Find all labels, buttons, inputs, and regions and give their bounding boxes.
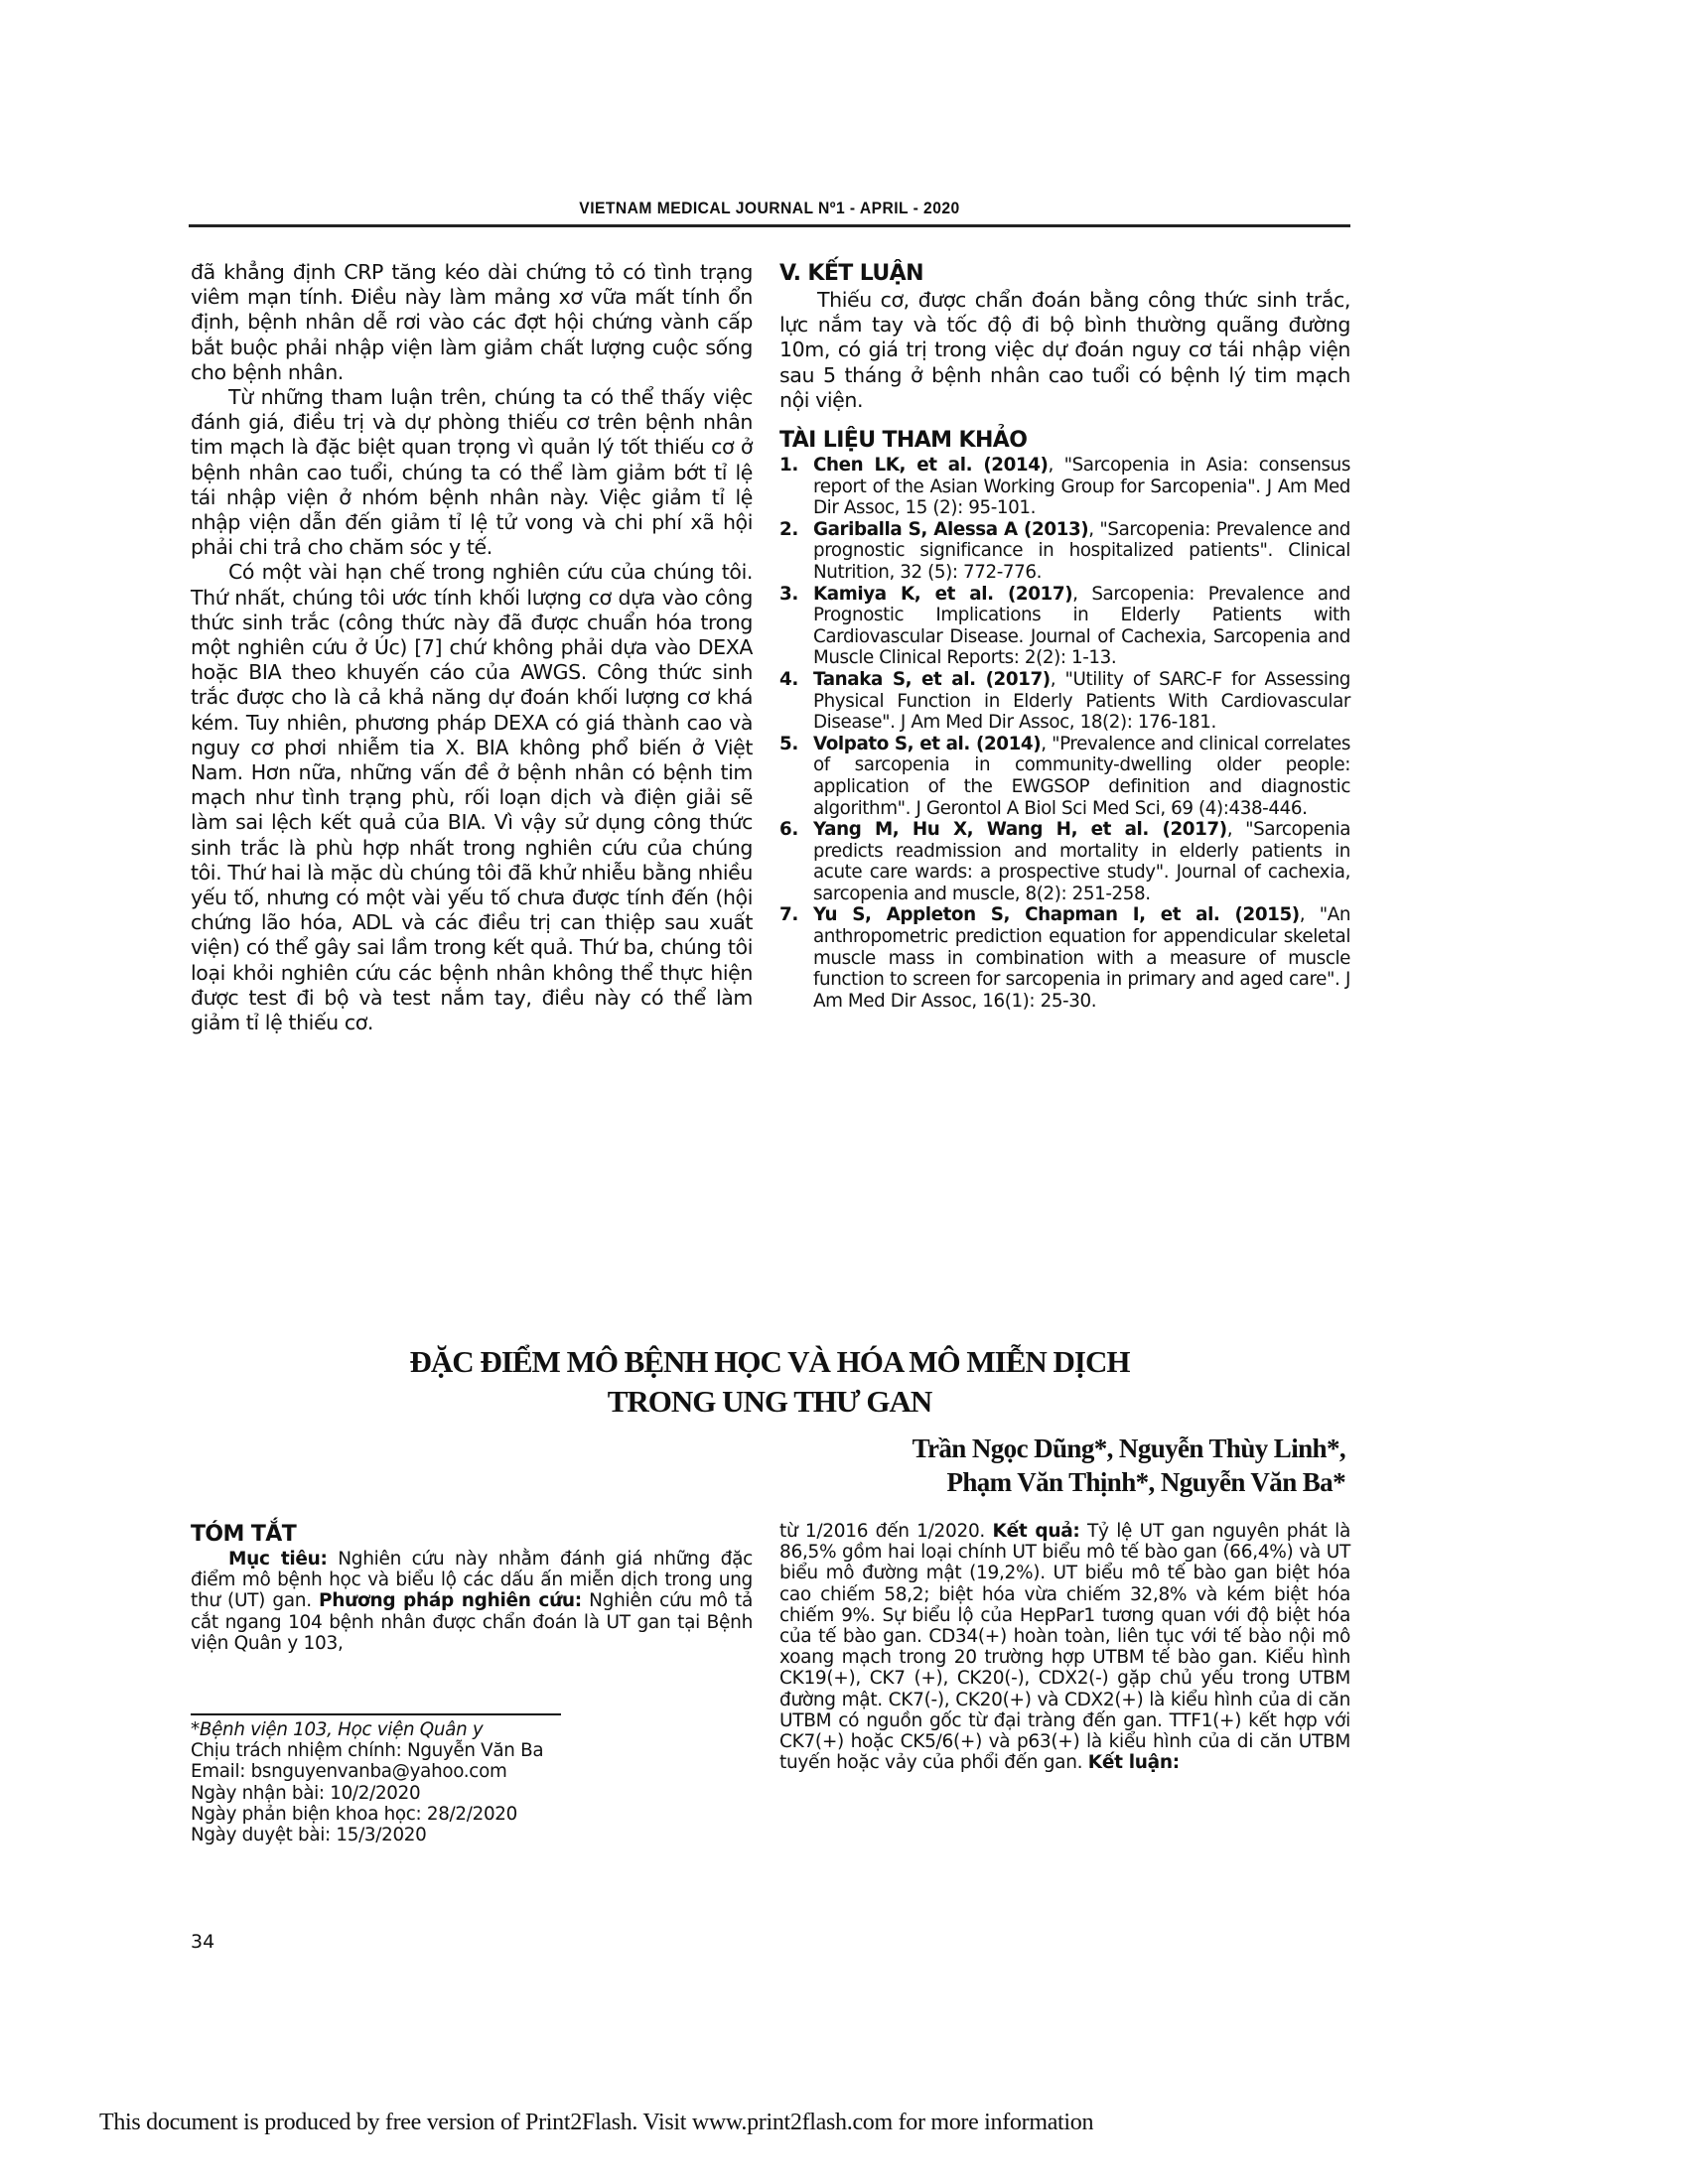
page-number: 34 (191, 1931, 214, 1953)
reference-list: 1.Chen LK, et al. (2014), "Sarcopenia in… (779, 455, 1350, 1012)
paragraph: Từ những tham luận trên, chúng ta có thể… (191, 385, 753, 560)
abstract-left: TÓM TẮT Mục tiêu: Nghiên cứu này nhằm đá… (191, 1521, 753, 1654)
reference-item: 1.Chen LK, et al. (2014), "Sarcopenia in… (779, 455, 1350, 519)
abstract-right: từ 1/2016 đến 1/2020. Kết quả: Tỷ lệ UT … (779, 1521, 1350, 1773)
affiliation: *Bệnh viện 103, Học viện Quân y (191, 1719, 543, 1740)
reference-authors: Chen LK, et al. (2014) (813, 455, 1049, 476)
reference-authors: Gariballa S, Alessa A (2013) (813, 519, 1088, 540)
section-heading-conclusion: V. KẾT LUẬN (779, 260, 1350, 288)
reference-item: 7.Yu S, Appleton S, Chapman I, et al. (2… (779, 904, 1350, 1012)
footnote-rule (191, 1713, 561, 1715)
right-column: V. KẾT LUẬN Thiếu cơ, được chẩn đoán bằn… (779, 260, 1350, 1012)
email: Email: bsnguyenvanba@yahoo.com (191, 1761, 543, 1782)
article-authors: Trần Ngọc Dũng*, Nguyễn Thùy Linh*, Phạm… (913, 1432, 1345, 1499)
reference-item: 5.Volpato S, et al. (2014), "Prevalence … (779, 734, 1350, 819)
reference-authors: Kamiya K, et al. (2017) (813, 584, 1072, 605)
reference-authors: Volpato S, et al. (2014) (813, 734, 1041, 754)
article-title-line1: ĐẶC ĐIỂM MÔ BỆNH HỌC VÀ HÓA MÔ MIỄN DỊCH (189, 1342, 1350, 1382)
reference-item: 2.Gariballa S, Alessa A (2013), "Sarcope… (779, 519, 1350, 584)
conclusion-text: Thiếu cơ, được chẩn đoán bằng công thức … (779, 288, 1350, 413)
date-accepted: Ngày duyệt bài: 15/3/2020 (191, 1825, 543, 1845)
reference-item: 6.Yang M, Hu X, Wang H, et al. (2017), "… (779, 819, 1350, 904)
reference-item: 3.Kamiya K, et al. (2017), Sarcopenia: P… (779, 584, 1350, 669)
paragraph: Có một vài hạn chế trong nghiên cứu của … (191, 560, 753, 1035)
running-head: VIETNAM MEDICAL JOURNAL Nº1 - APRIL - 20… (235, 199, 1304, 218)
date-reviewed: Ngày phản biện khoa học: 28/2/2020 (191, 1804, 543, 1825)
header-rule (189, 224, 1350, 227)
date-received: Ngày nhận bài: 10/2/2020 (191, 1783, 543, 1804)
abstract-heading: TÓM TẮT (191, 1521, 753, 1549)
reference-item: 4.Tanaka S, et al. (2017), "Utility of S… (779, 669, 1350, 734)
section-heading-references: TÀI LIỆU THAM KHẢO (779, 427, 1350, 455)
reference-authors: Yu S, Appleton S, Chapman I, et al. (201… (813, 904, 1300, 925)
reference-authors: Tanaka S, et al. (2017) (813, 669, 1051, 690)
corresponding-author: Chịu trách nhiệm chính: Nguyễn Văn Ba (191, 1740, 543, 1761)
footnotes: *Bệnh viện 103, Học viện Quân y Chịu trá… (191, 1719, 543, 1845)
paragraph: đã khẳng định CRP tăng kéo dài chứng tỏ … (191, 260, 753, 385)
left-column: đã khẳng định CRP tăng kéo dài chứng tỏ … (191, 260, 753, 1035)
reference-authors: Yang M, Hu X, Wang H, et al. (2017) (813, 819, 1227, 840)
abstract-text-cont: từ 1/2016 đến 1/2020. Kết quả: Tỷ lệ UT … (779, 1521, 1350, 1773)
print2flash-watermark: This document is produced by free versio… (99, 2110, 1093, 2136)
article-title-line2: TRONG UNG THƯ GAN (189, 1382, 1350, 1422)
article-title: ĐẶC ĐIỂM MÔ BỆNH HỌC VÀ HÓA MÔ MIỄN DỊCH… (189, 1342, 1350, 1422)
abstract-text: Mục tiêu: Nghiên cứu này nhằm đánh giá n… (191, 1549, 753, 1654)
